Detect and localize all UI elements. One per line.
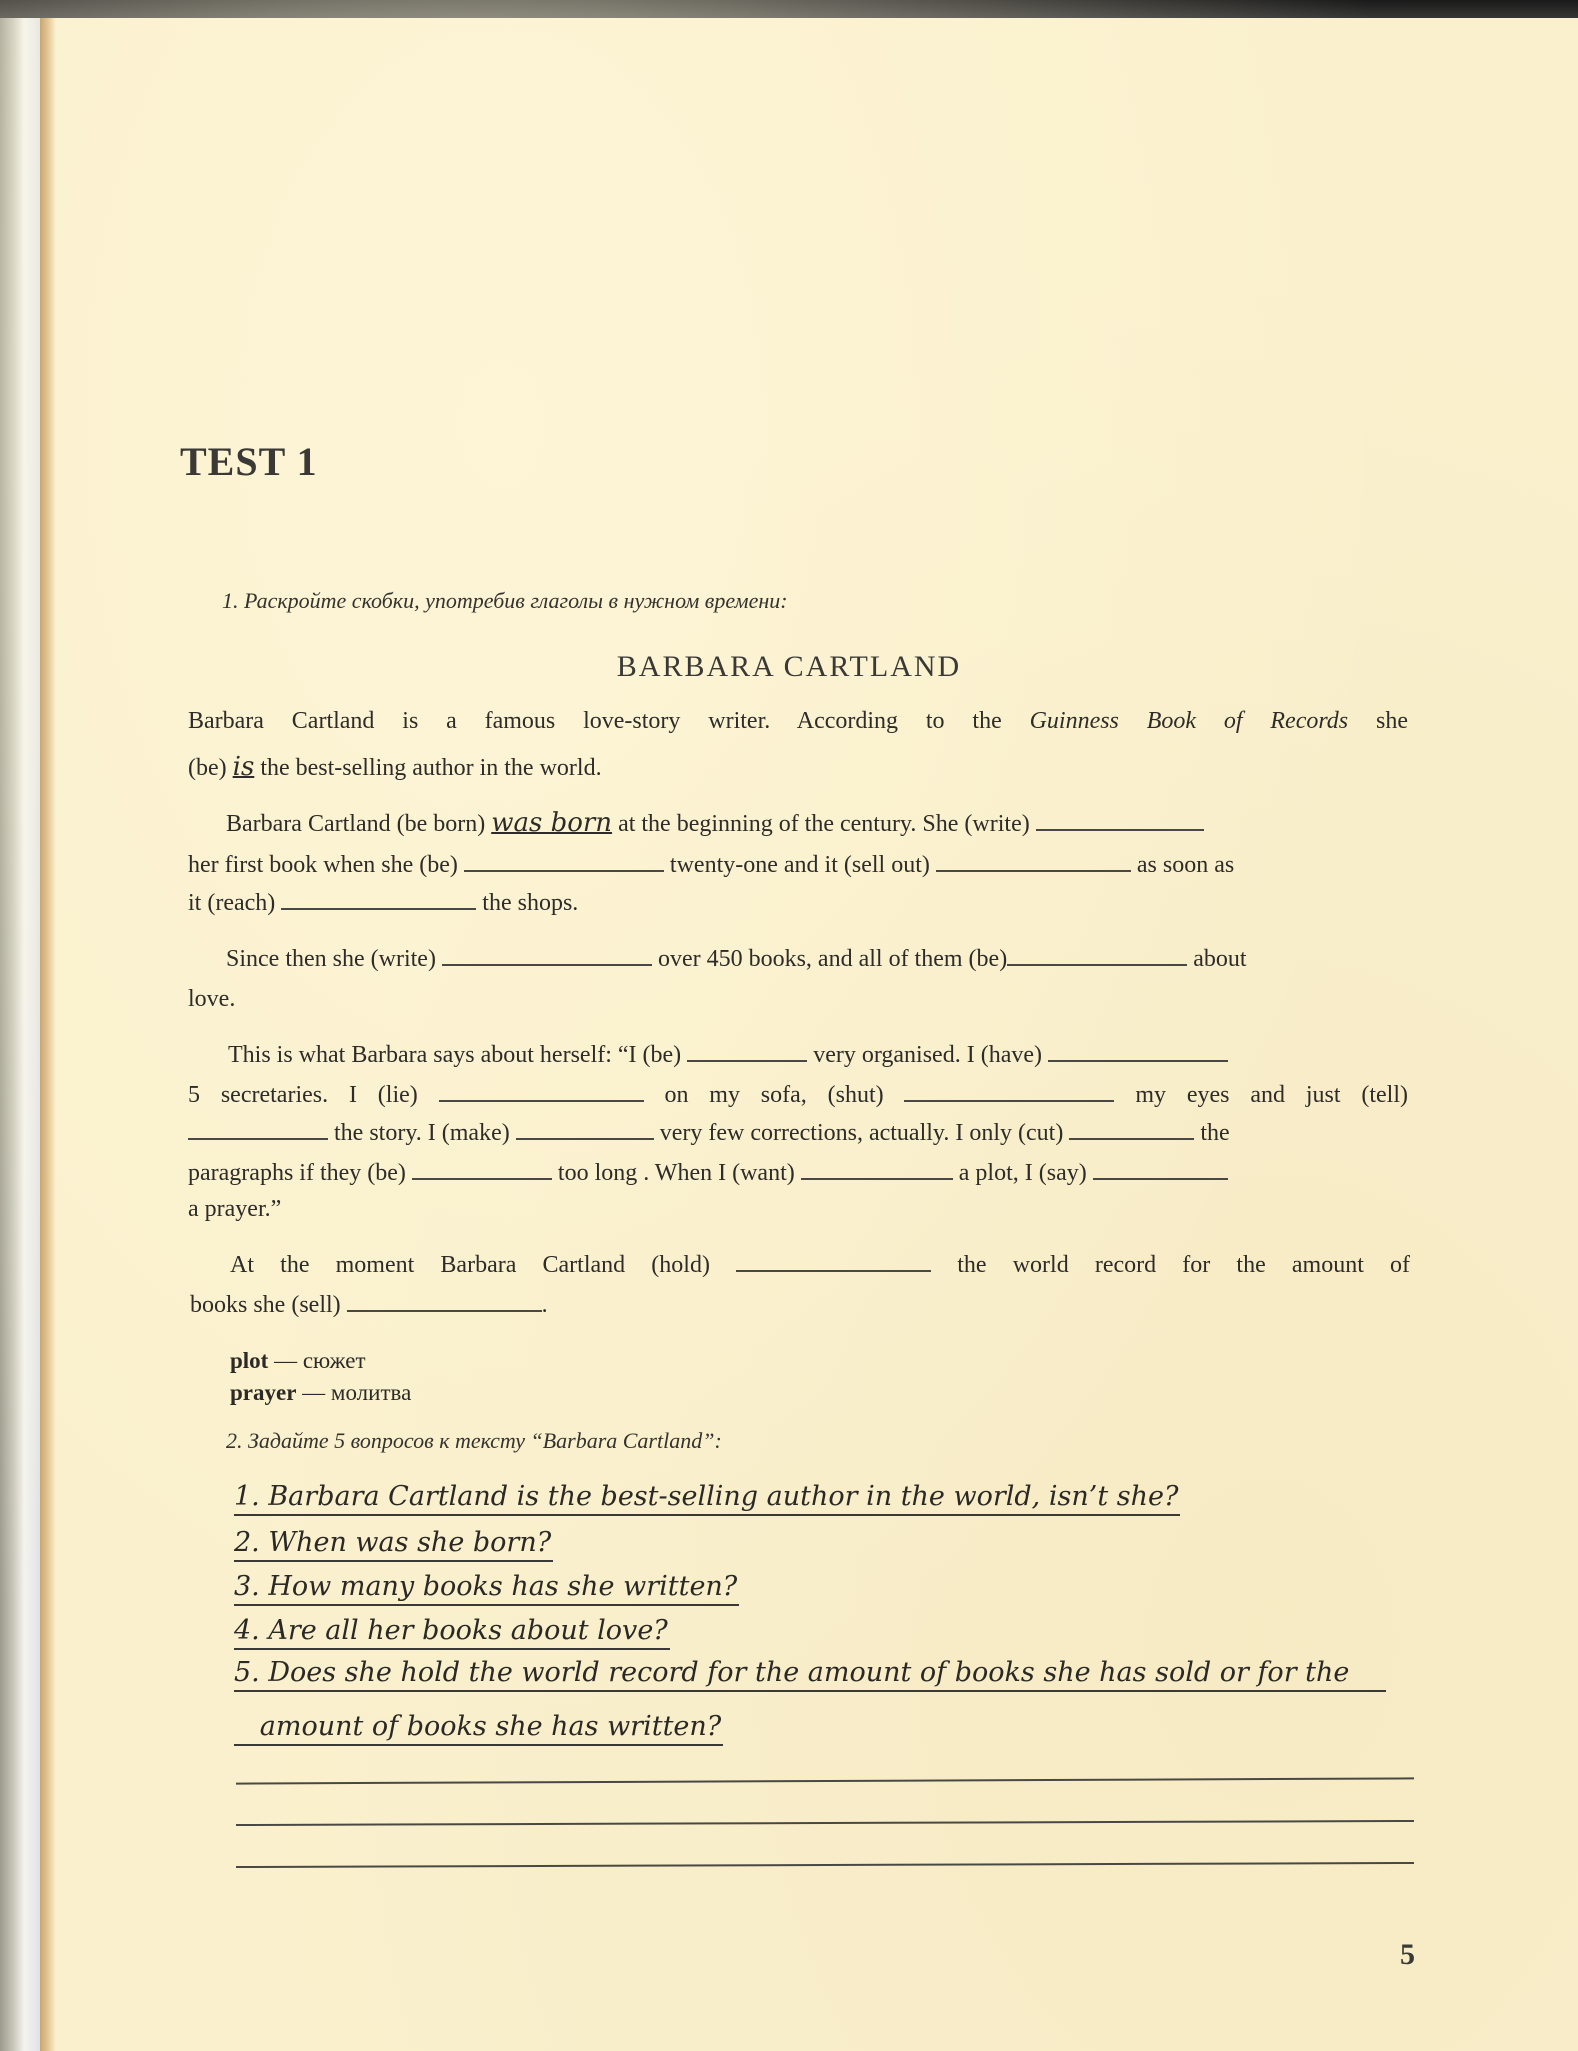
p1-line2: (be) is the best-selling author in the w… [188,752,1408,782]
worn-page-edge [40,18,56,2051]
page-number: 5 [1400,1938,1415,1972]
answer-blank-filled[interactable]: was born [491,808,612,838]
book-title: Guinness Book of Records [1030,708,1349,734]
vocab-item-plot: plot — сюжет [230,1348,366,1374]
p5-line2: books she (sell) . [190,1290,1410,1319]
answer-blank[interactable] [1048,1040,1228,1062]
p5-line1: At the moment Barbara Cartland (hold) th… [230,1250,1410,1279]
question-answer-4[interactable]: 4. Are all her books about love? [234,1614,670,1650]
answer-blank-filled[interactable]: is [233,752,255,782]
answer-blank[interactable] [439,1080,644,1102]
exercise-1-instruction: 1. Раскройте скобки, употребив глаголы в… [222,588,788,614]
answer-blank[interactable] [412,1158,552,1180]
p1-line1: Barbara Cartland is a famous love-story … [188,708,1408,735]
answer-blank[interactable] [936,850,1131,872]
vocab-item-prayer: prayer — молитва [230,1380,411,1406]
p2-line1: Barbara Cartland (be born) was born at t… [226,808,1408,838]
answer-blank[interactable] [687,1040,807,1062]
answer-blank[interactable] [442,944,652,966]
paper-sheet [40,18,1578,2051]
answer-blank[interactable] [347,1290,542,1312]
p4-line2: 5 secretaries. I (lie) on my sofa, (shut… [188,1080,1408,1109]
question-answer-1[interactable]: 1. Barbara Cartland is the best-selling … [234,1480,1180,1516]
question-answer-5[interactable]: 5. Does she hold the world record for th… [234,1656,1386,1692]
answer-blank[interactable] [464,850,664,872]
answer-blank[interactable] [281,888,476,910]
answer-blank[interactable] [188,1118,328,1140]
p2-line2: her first book when she (be) twenty-one … [188,850,1408,879]
exercise-2-instruction: 2. Задайте 5 вопросов к тексту “Barbara … [226,1428,722,1454]
answer-blank[interactable] [1093,1158,1228,1180]
answer-blank[interactable] [801,1158,953,1180]
answer-blank[interactable] [736,1250,931,1272]
answer-blank[interactable] [1069,1118,1194,1140]
p4-line5: a prayer.” [188,1196,1408,1223]
question-answer-5-cont[interactable]: amount of books she has written? [234,1710,723,1746]
question-answer-3[interactable]: 3. How many books has she written? [234,1570,739,1606]
answer-blank[interactable] [904,1080,1114,1102]
p3-line2: love. [188,986,1408,1013]
p4-line1: This is what Barbara says about herself:… [228,1040,1448,1069]
page-title: TEST 1 [180,438,318,485]
answer-blank[interactable] [1007,944,1187,966]
story-title: BARBARA CARTLAND [0,650,1578,684]
answer-blank[interactable] [1036,809,1204,831]
p4-line4: paragraphs if they (be) too long . When … [188,1158,1408,1187]
answer-blank[interactable] [516,1118,654,1140]
p2-line3: it (reach) the shops. [188,888,1408,917]
p4-line3: the story. I (make) very few corrections… [188,1118,1408,1147]
question-answer-2[interactable]: 2. When was she born? [234,1526,553,1562]
p3-line1: Since then she (write) over 450 books, a… [226,944,1446,973]
